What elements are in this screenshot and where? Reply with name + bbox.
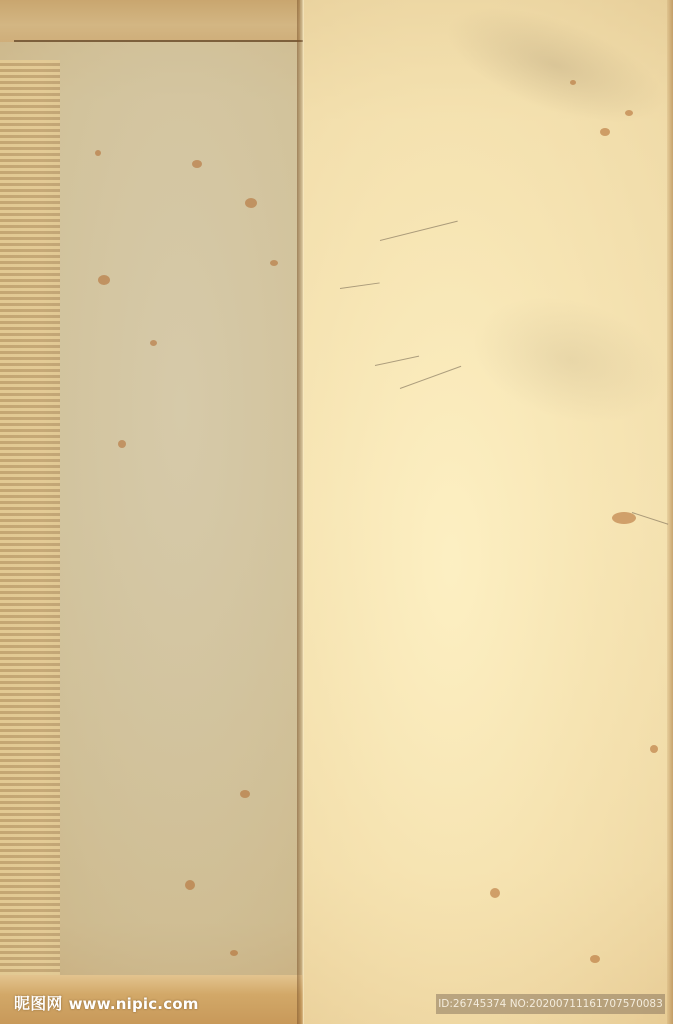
stain-spot [650, 745, 658, 753]
stain-spot [612, 512, 636, 524]
stain-spot [625, 110, 633, 116]
stain-spot [490, 888, 500, 898]
stain-spot [192, 160, 202, 168]
stain-spot [240, 790, 250, 798]
paper-texture-canvas: 昵图网www.nipic.com ID:26745374 NO:20200711… [0, 0, 673, 1024]
stain-spot [590, 955, 600, 963]
nipic-logo-text: 昵图网 [14, 994, 63, 1013]
site-url-text: www.nipic.com [69, 995, 199, 1013]
stain-spot [95, 150, 101, 156]
top-crease-line [14, 40, 304, 42]
stain-spot [118, 440, 126, 448]
stain-spot [600, 128, 610, 136]
stain-spot [98, 275, 110, 285]
right-paper-edge [667, 0, 673, 1024]
stain-spot [570, 80, 576, 85]
ribbed-paper-strip [0, 60, 60, 980]
top-fold-band [0, 0, 300, 42]
stain-spot [245, 198, 257, 208]
flap-edge [297, 0, 304, 1024]
stain-spot [230, 950, 238, 956]
site-watermark: 昵图网www.nipic.com [14, 991, 199, 1014]
stain-spot [150, 340, 157, 346]
stain-spot [270, 260, 278, 266]
image-id-watermark: ID:26745374 NO:20200711161707570083 [436, 994, 665, 1014]
stain-spot [185, 880, 195, 890]
